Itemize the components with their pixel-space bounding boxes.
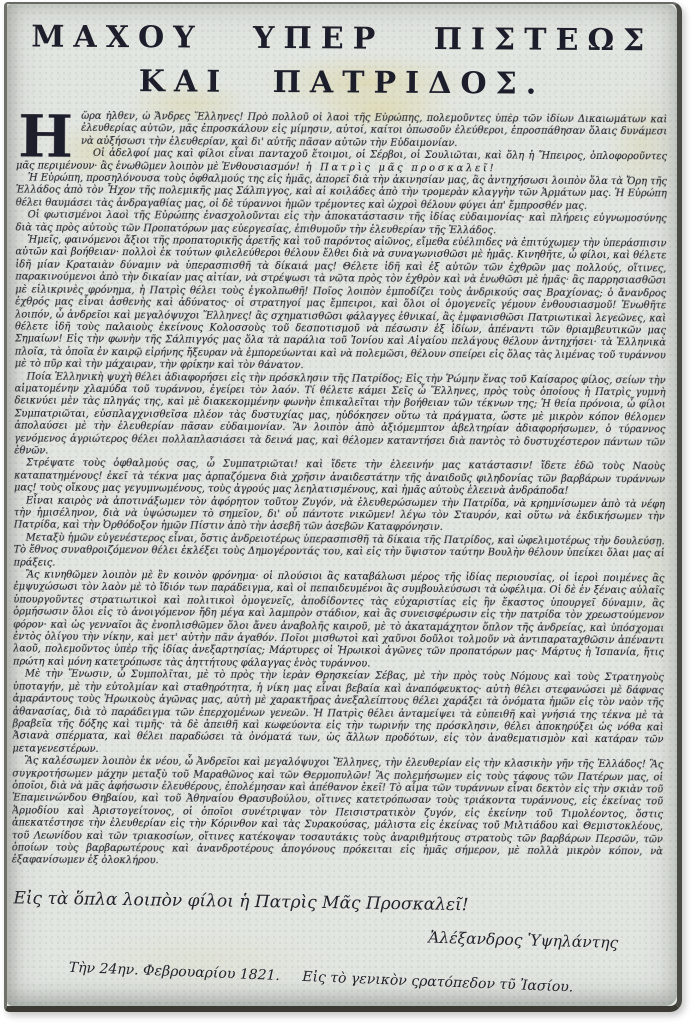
body-paragraph: Μὲ τὴν Ἕνωσιν, ὦ Συμπολῖται, μὲ τὸ πρὸς …	[12, 669, 664, 760]
drop-cap: Η	[16, 110, 81, 159]
body-paragraph: Εἶναι καιρὸς νὰ ἀποτινάξωμεν τὸν ἀφόρητο…	[14, 495, 665, 536]
body-paragraph: Ποία Ἑλληνικὴ ψυχὴ θέλει ἀδιαφορήσει εἰς…	[14, 371, 666, 462]
page-content: ΜΑΧΟΥ ΥΠΕΡ ΠΙΣΤΕΩΣ ΚΑΙ ΠΑΤΡΙΔΟΣ. Ηὥρα ἦλ…	[1, 2, 677, 1008]
proclamation-page: ΜΑΧΟΥ ΥΠΕΡ ΠΙΣΤΕΩΣ ΚΑΙ ΠΑΤΡΙΔΟΣ. Ηὥρα ἦλ…	[4, 2, 682, 1012]
signature: Ἀλέξανδρος Ὑψηλάντης	[11, 916, 618, 953]
body-paragraph: Στρέψατε τοὺς ὀφθαλμούς σας, ὦ Συμπατριῶ…	[14, 458, 665, 499]
date: Τὴν 24ην. Φεβρουαρίου 1821.	[68, 960, 280, 984]
body-paragraph: Ἡ Εὐρώπη, προσηλόνουσα τοὺς ὀφθαλμούς τη…	[16, 172, 667, 213]
body-paragraph: Ἡμεῖς, φαινόμενοι ἄξιοι τῆς προπατορικῆς…	[15, 234, 667, 374]
emphasized-text: ἡ Πατρὶς μᾶς προσκαλεῖ!	[300, 162, 497, 174]
body-paragraph: Ηὥρα ἦλθεν, ὦ Ἄνδρες Ἕλληνες! Πρὸ πολλοῦ…	[16, 110, 667, 151]
scanned-document: ΜΑΧΟΥ ΥΠΕΡ ΠΙΣΤΕΩΣ ΚΑΙ ΠΑΤΡΙΔΟΣ. Ηὥρα ἦλ…	[0, 0, 696, 1024]
document-title: ΜΑΧΟΥ ΥΠΕΡ ΠΙΣΤΕΩΣ ΚΑΙ ΠΑΤΡΙΔΟΣ.	[16, 15, 668, 107]
call-to-arms: Εἰς τὰ ὅπλα λοιπὸν φίλοι ἡ Πατρὶς Μᾶς Πρ…	[13, 887, 662, 919]
dateline: Τὴν 24ην. Φεβρουαρίου 1821. Εἰς τὸ γενικ…	[68, 959, 661, 1000]
body-paragraph: Ἂς καλέσωμεν λοιπὸν ἐκ νέου, ὦ Ἀνδρεῖοι …	[12, 756, 664, 872]
place: Εἰς τὸ γενικὸν ςρατόπεδον τῦ Ἰασίου.	[302, 969, 574, 996]
body-paragraph: Ἂς κινηθῶμεν λοιπὸν μὲ ἓν κοινὸν φρόνημα…	[13, 569, 665, 672]
title-line-1: ΜΑΧΟΥ ΥΠΕΡ ΠΙΣΤΕΩΣ	[17, 15, 668, 63]
body-paragraph: Μεταξὺ ἡμῶν εὐγενέστερος εἶναι, ὅστις ἀν…	[14, 532, 665, 573]
body-text: Ηὥρα ἦλθεν, ὦ Ἄνδρες Ἕλληνες! Πρὸ πολλοῦ…	[12, 110, 668, 888]
title-line-2: ΚΑΙ ΠΑΤΡΙΔΟΣ.	[16, 59, 667, 107]
